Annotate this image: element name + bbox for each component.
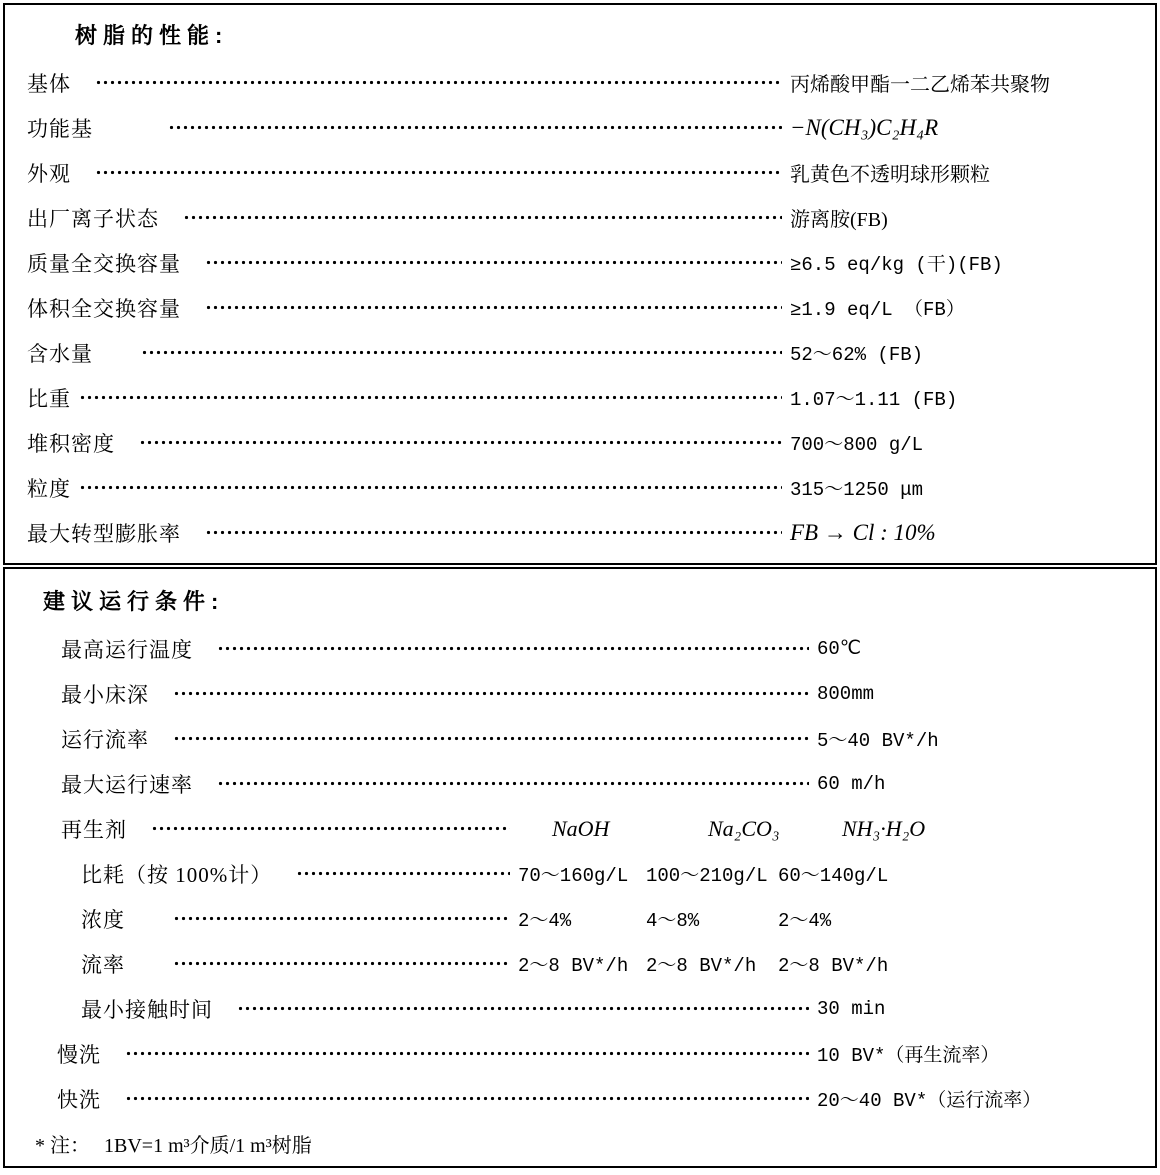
dot-leader [173, 716, 809, 761]
concentration-nh3h2o: 2～4% [778, 905, 1135, 932]
spec-value: ≥1.9 eq/L （FB） [790, 294, 1135, 321]
dosage-naoh: 70～160g/L [518, 860, 646, 887]
dot-leader [183, 195, 782, 240]
dot-leader [217, 626, 809, 671]
spec-row-ionic-form: 出厂离子状态 游离胺(FB) [27, 195, 1135, 240]
spec-row-swelling: 最大转型膨胀率 FB → Cl : 10% [27, 510, 1135, 555]
spec-row-moisture: 含水量 52～62% (FB) [27, 330, 1135, 375]
spec-value: 5～40 BV*/h [817, 725, 1135, 752]
regenerant-na2co3: Na₂CO₃ [646, 816, 778, 842]
dot-leader [296, 851, 510, 896]
resin-datasheet-page: 树脂的性能: 基体 丙烯酸甲酯一二乙烯苯共聚物 功能基 −N(CH₃)C₂H₄R… [0, 0, 1160, 1175]
spec-label: 体积全交换容量 [27, 293, 181, 323]
spec-value: 700～800 g/L [790, 429, 1135, 456]
regenerant-values: 2～4% 4～8% 2～4% [518, 905, 1135, 932]
spec-label: 比重 [27, 383, 71, 413]
spec-value: 52～62% (FB) [790, 339, 1135, 366]
regenerant-header-row: 再生剂 NaOH Na₂CO₃ NH₃·H₂O [61, 806, 1135, 851]
spec-label: 最大转型膨胀率 [27, 518, 181, 548]
spec-value: 315～1250 μm [790, 474, 1135, 501]
spec-label: 浓度 [81, 904, 125, 934]
flowrate-na2co3: 2～8 BV*/h [646, 950, 778, 977]
spec-value-formula: −N(CH₃)C₂H₄R [790, 115, 1135, 141]
operating-conditions-section: 建议运行条件: 最高运行温度 60℃ 最小床深 800mm 运行流率 5～40 … [3, 567, 1157, 1168]
spec-label: 运行流率 [61, 724, 149, 754]
footnote-text: 1BV=1 m³介质/1 m³树脂 [104, 1129, 312, 1158]
spec-row-slow-rinse: 慢洗 10 BV*（再生流率） [57, 1031, 1135, 1076]
dot-leader [168, 105, 782, 150]
spec-label: 功能基 [27, 113, 93, 143]
dot-leader [173, 941, 510, 986]
spec-row-fast-rinse: 快洗 20～40 BV*（运行流率） [57, 1076, 1135, 1121]
spec-label: 最小接触时间 [81, 994, 213, 1024]
dot-leader [95, 150, 782, 195]
spec-value: 60 m/h [817, 773, 1135, 795]
dot-leader [79, 465, 782, 510]
spec-label: 质量全交换容量 [27, 248, 181, 278]
resin-properties-title: 树脂的性能: [75, 19, 1135, 50]
dot-leader [139, 420, 782, 465]
dot-leader [237, 986, 809, 1031]
spec-row-service-flow: 运行流率 5～40 BV*/h [61, 716, 1135, 761]
spec-label: 最大运行速率 [61, 769, 193, 799]
spec-value: 20～40 BV*（运行流率） [817, 1085, 1135, 1112]
spec-row-min-bed-depth: 最小床深 800mm [61, 671, 1135, 716]
operating-conditions-title: 建议运行条件: [43, 585, 1135, 616]
spec-label: 堆积密度 [27, 428, 115, 458]
regenerant-row-concentration: 浓度 2～4% 4～8% 2～4% [81, 896, 1135, 941]
spec-label: 出厂离子状态 [27, 203, 159, 233]
resin-properties-section: 树脂的性能: 基体 丙烯酸甲酯一二乙烯苯共聚物 功能基 −N(CH₃)C₂H₄R… [3, 3, 1157, 565]
regenerant-row-flowrate: 流率 2～8 BV*/h 2～8 BV*/h 2～8 BV*/h [81, 941, 1135, 986]
flowrate-naoh: 2～8 BV*/h [518, 950, 646, 977]
dosage-na2co3: 100～210g/L [646, 860, 778, 887]
spec-row-specific-gravity: 比重 1.07～1.11 (FB) [27, 375, 1135, 420]
spec-row-volume-capacity: 体积全交换容量 ≥1.9 eq/L （FB） [27, 285, 1135, 330]
spec-value: 60℃ [817, 637, 1135, 660]
dot-leader [79, 375, 782, 420]
footnote-row: * 注： 1BV=1 m³介质/1 m³树脂 [35, 1121, 1135, 1166]
concentration-na2co3: 4～8% [646, 905, 778, 932]
spec-value: 乳黄色不透明球形颗粒 [790, 158, 1135, 187]
dot-leader [173, 896, 510, 941]
spec-row-mass-capacity: 质量全交换容量 ≥6.5 eq/kg (干)(FB) [27, 240, 1135, 285]
spec-label: 基体 [27, 68, 71, 98]
spec-label: 含水量 [27, 338, 93, 368]
spec-label: 快洗 [57, 1084, 101, 1114]
dot-leader [205, 285, 782, 330]
spec-label: 最高运行温度 [61, 634, 193, 664]
dot-leader [217, 761, 809, 806]
dot-leader [95, 60, 782, 105]
spec-label: 比耗（按 100%计） [81, 859, 272, 889]
spec-row-max-velocity: 最大运行速率 60 m/h [61, 761, 1135, 806]
regenerant-naoh: NaOH [518, 816, 646, 842]
spec-value: 游离胺(FB) [790, 203, 1135, 232]
spec-label: 外观 [27, 158, 71, 188]
spec-value: 800mm [817, 683, 1135, 705]
regenerant-columns: NaOH Na₂CO₃ NH₃·H₂O [518, 816, 1135, 842]
dot-leader [205, 510, 782, 555]
dot-leader [125, 1076, 809, 1121]
spec-row-bulk-density: 堆积密度 700～800 g/L [27, 420, 1135, 465]
spec-label: 粒度 [27, 473, 71, 503]
spec-value: 10 BV*（再生流率） [817, 1040, 1135, 1067]
spec-row-particle-size: 粒度 315～1250 μm [27, 465, 1135, 510]
regenerant-values: 70～160g/L 100～210g/L 60～140g/L [518, 860, 1135, 887]
spec-row-contact-time: 最小接触时间 30 min [81, 986, 1135, 1031]
footnote-marker: * 注： [35, 1129, 90, 1158]
dot-leader [125, 1031, 809, 1076]
spec-value-formula: FB → Cl : 10% [790, 520, 1135, 546]
spec-label: 慢洗 [57, 1039, 101, 1069]
dot-leader [205, 240, 782, 285]
concentration-naoh: 2～4% [518, 905, 646, 932]
spec-label: 流率 [81, 949, 125, 979]
dot-leader [173, 671, 809, 716]
dosage-nh3h2o: 60～140g/L [778, 860, 1135, 887]
spec-value: ≥6.5 eq/kg (干)(FB) [790, 249, 1135, 276]
spec-value: 丙烯酸甲酯一二乙烯苯共聚物 [790, 68, 1135, 97]
spec-label: 最小床深 [61, 679, 149, 709]
spec-value: 30 min [817, 998, 1135, 1020]
regenerant-values: 2～8 BV*/h 2～8 BV*/h 2～8 BV*/h [518, 950, 1135, 977]
regenerant-label: 再生剂 [61, 814, 127, 844]
regenerant-nh3h2o: NH₃·H₂O [778, 816, 1135, 842]
spec-row-matrix: 基体 丙烯酸甲酯一二乙烯苯共聚物 [27, 60, 1135, 105]
spec-row-max-temperature: 最高运行温度 60℃ [61, 626, 1135, 671]
spec-row-functional-group: 功能基 −N(CH₃)C₂H₄R [27, 105, 1135, 150]
regenerant-row-dosage: 比耗（按 100%计） 70～160g/L 100～210g/L 60～140g… [81, 851, 1135, 896]
spec-row-appearance: 外观 乳黄色不透明球形颗粒 [27, 150, 1135, 195]
spec-value: 1.07～1.11 (FB) [790, 384, 1135, 411]
dot-leader [141, 330, 782, 375]
dot-leader [151, 806, 510, 851]
flowrate-nh3h2o: 2～8 BV*/h [778, 950, 1135, 977]
